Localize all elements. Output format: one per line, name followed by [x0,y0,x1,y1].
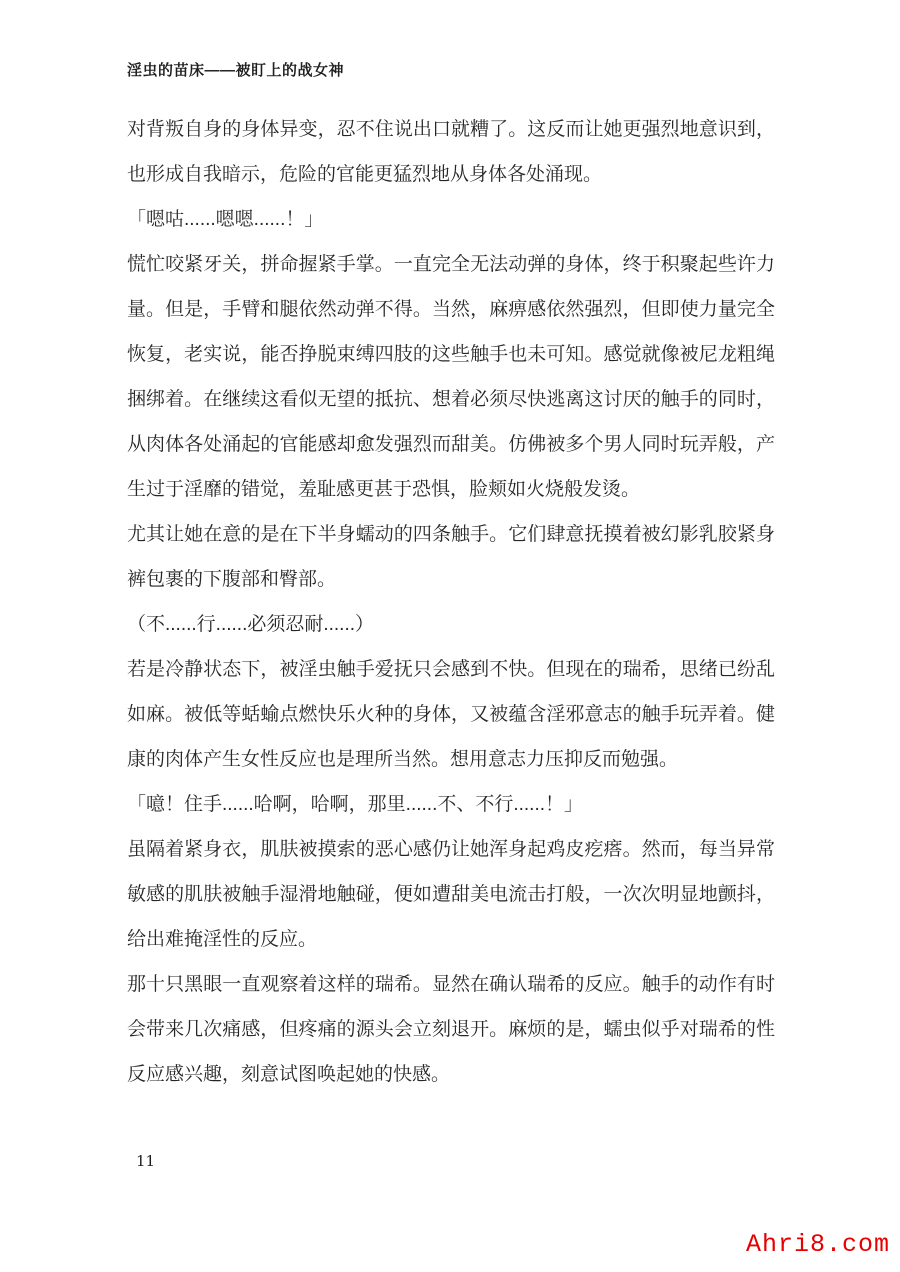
body-paragraph: 尤其让她在意的是在下半身蠕动的四条触手。它们肆意抚摸着被幻影乳胶紧身裤包裹的下腹… [127,512,775,602]
body-paragraph: 若是冷静状态下，被淫虫触手爱抚只会感到不快。但现在的瑞希，思绪已纷乱如麻。被低等… [127,647,775,782]
text-body: 对背叛自身的身体异变，忍不住说出口就糟了。这反而让她更强烈地意识到，也形成自我暗… [127,107,775,1097]
document-page: 淫虫的苗床——被盯上的战女神 对背叛自身的身体异变，忍不住说出口就糟了。这反而让… [0,0,900,1272]
thought-paragraph: （不......行......必须忍耐......） [127,602,775,647]
watermark-text: Ahri8.com [746,1230,890,1259]
body-paragraph: 慌忙咬紧牙关，拼命握紧手掌。一直完全无法动弹的身体，终于积聚起些许力量。但是，手… [127,242,775,512]
body-paragraph: 对背叛自身的身体异变，忍不住说出口就糟了。这反而让她更强烈地意识到，也形成自我暗… [127,107,775,197]
page-number: 11 [136,1152,155,1170]
body-paragraph: 虽隔着紧身衣，肌肤被摸索的恶心感仍让她浑身起鸡皮疙瘩。然而，每当异常敏感的肌肤被… [127,827,775,962]
body-paragraph: 那十只黑眼一直观察着这样的瑞希。显然在确认瑞希的反应。触手的动作有时会带来几次痛… [127,962,775,1097]
dialogue-paragraph: 「嗯咕......嗯嗯......！」 [127,197,775,242]
dialogue-paragraph: 「噫！住手......哈啊，哈啊，那里......不、不行......！」 [127,782,775,827]
header-title: 淫虫的苗床——被盯上的战女神 [127,59,344,80]
